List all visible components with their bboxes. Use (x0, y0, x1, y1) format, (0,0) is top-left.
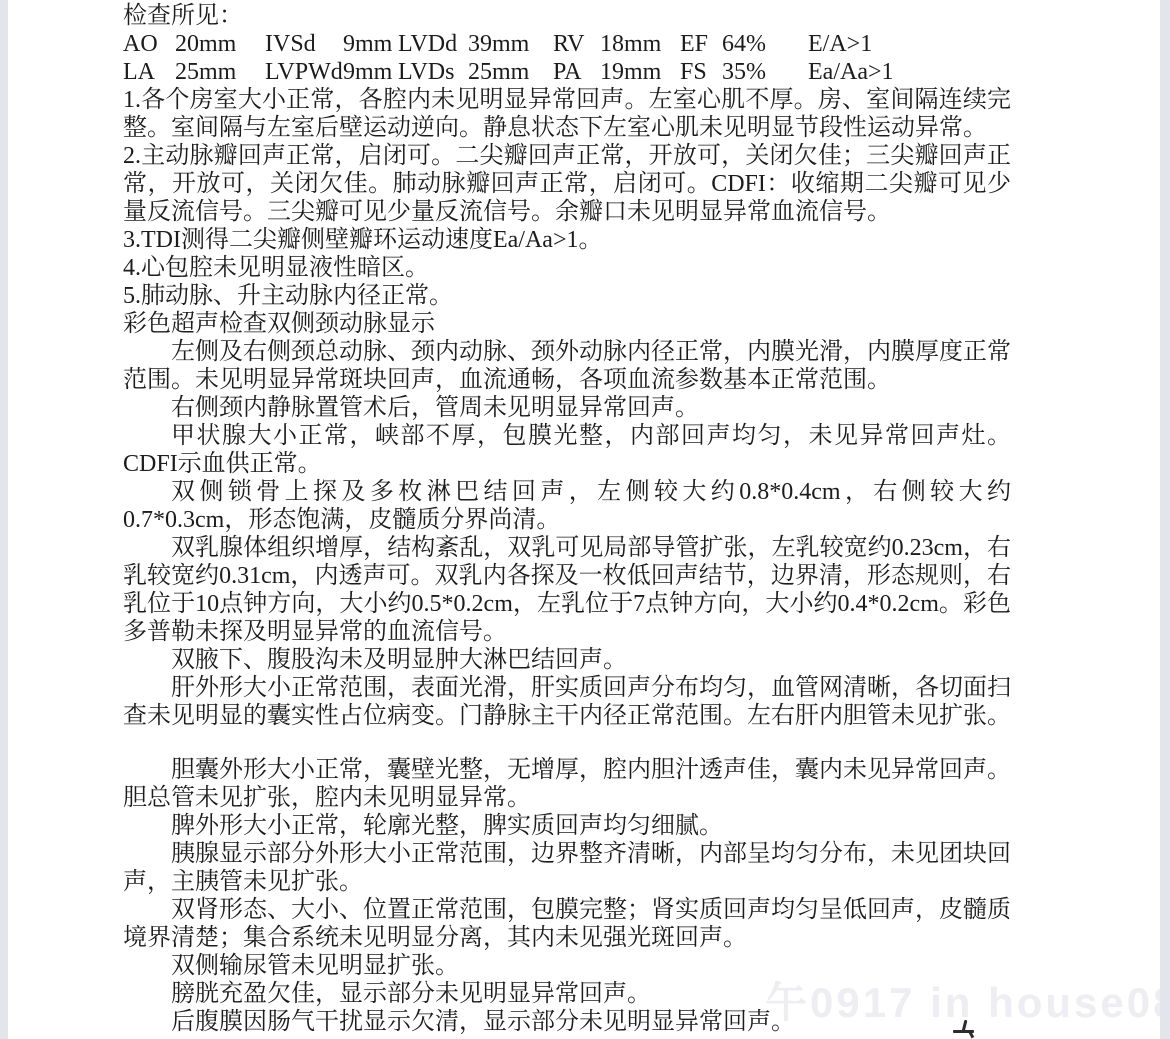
spleen-findings: 脾外形大小正常，轮廓光整，脾实质回声均匀细腻。 (123, 812, 1011, 840)
ef-label: EF (680, 30, 722, 58)
viewer-right-gutter (1159, 0, 1170, 1039)
la-label: LA (123, 58, 175, 86)
lvpwd-label: LVPWd (265, 58, 343, 86)
partial-glyph-artifact (953, 1018, 977, 1039)
fs-label: FS (680, 58, 722, 86)
finding-item-2: 2.主动脉瓣回声正常，启闭可。二尖瓣回声正常，开放可，关闭欠佳；三尖瓣回声正常，… (123, 142, 1011, 226)
report-body: 检查所见： AO 20mm IVSd 9mm LVDd 39mm RV 18mm… (123, 2, 1011, 1036)
breast-findings: 双乳腺体组织增厚，结构紊乱，双乳可见局部导管扩张，左乳较宽约0.23cm，右乳较… (123, 534, 1011, 646)
rv-value: 18mm (600, 30, 680, 58)
pancreas-findings: 胰腺显示部分外形大小正常范围，边界整齐清晰，内部呈均匀分布，未见团块回声，主胰管… (123, 840, 1011, 896)
carotid-findings: 左侧及右侧颈总动脉、颈内动脉、颈外动脉内径正常，内膜光滑，内膜厚度正常范围。未见… (123, 338, 1011, 394)
ivsd-value: 9mm (343, 30, 398, 58)
ef-value: 64% (722, 30, 808, 58)
ea-ratio: E/A>1 (808, 30, 1011, 58)
ivsd-label: IVSd (265, 30, 343, 58)
jugular-catheter-findings: 右侧颈内静脉置管术后，管周未见明显异常回声。 (123, 394, 1011, 422)
supraclavicular-nodes: 双侧锁骨上探及多枚淋巴结回声，左侧较大约0.8*0.4cm，右侧较大约0.7*0… (123, 478, 1011, 534)
lvds-value: 25mm (468, 58, 553, 86)
pa-value: 19mm (600, 58, 680, 86)
finding-item-3: 3.TDI测得二尖瓣侧壁瓣环运动速度Ea/Aa>1。 (123, 226, 1011, 254)
retroperitoneum-findings: 后腹膜因肠气干扰显示欠清，显示部分未见明显异常回声。 (123, 1008, 1011, 1036)
lvdd-value: 39mm (468, 30, 553, 58)
ao-label: AO (123, 30, 175, 58)
lvpwd-value: 9mm (343, 58, 398, 86)
eaaa-ratio: Ea/Aa>1 (808, 58, 1011, 86)
carotid-section-title: 彩色超声检查双侧颈动脉显示 (123, 310, 1011, 338)
scanned-report-screenshot: { "colors": { "page_bg": "#ffffff", "gut… (0, 0, 1170, 1039)
la-value: 25mm (175, 58, 265, 86)
fs-value: 35% (722, 58, 808, 86)
ao-value: 20mm (175, 30, 265, 58)
ureter-findings: 双侧输尿管未见明显扩张。 (123, 952, 1011, 980)
bladder-findings: 膀胱充盈欠佳，显示部分未见明显异常回声。 (123, 980, 1011, 1008)
lvds-label: LVDs (398, 58, 468, 86)
gallbladder-findings: 胆囊外形大小正常，囊壁光整，无增厚，腔内胆汁透声佳，囊内未见异常回声。胆总管未见… (123, 756, 1011, 812)
liver-findings: 肝外形大小正常范围，表面光滑，肝实质回声分布均匀，血管网清晰，各切面扫查未见明显… (123, 674, 1011, 730)
finding-item-4: 4.心包腔未见明显液性暗区。 (123, 254, 1011, 282)
thyroid-findings: 甲状腺大小正常，峡部不厚，包膜光整，内部回声均匀，未见异常回声灶。CDFI示血供… (123, 422, 1011, 478)
document-page: 检查所见： AO 20mm IVSd 9mm LVDd 39mm RV 18mm… (8, 0, 1160, 1039)
measurement-table: AO 20mm IVSd 9mm LVDd 39mm RV 18mm EF 64… (123, 30, 1011, 86)
finding-item-1: 1.各个房室大小正常，各腔内未见明显异常回声。左室心肌不厚。房、室间隔连续完整。… (123, 86, 1011, 142)
rv-label: RV (553, 30, 600, 58)
pa-label: PA (553, 58, 600, 86)
kidney-findings: 双肾形态、大小、位置正常范围，包膜完整；肾实质回声均匀呈低回声，皮髓质境界清楚；… (123, 896, 1011, 952)
axilla-groin-nodes: 双腋下、腹股沟未及明显肿大淋巴结回声。 (123, 646, 1011, 674)
lvdd-label: LVDd (398, 30, 468, 58)
section-heading: 检查所见： (123, 2, 1011, 30)
finding-item-5: 5.肺动脉、升主动脉内径正常。 (123, 282, 1011, 310)
